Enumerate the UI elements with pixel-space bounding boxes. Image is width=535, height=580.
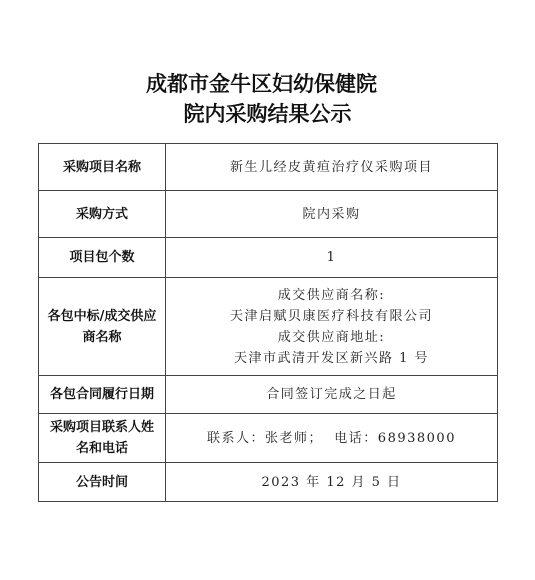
table-row-project-name: 采购项目名称 新生儿经皮黄疸治疗仪采购项目 bbox=[39, 144, 498, 191]
value-announce-date: 2023 年 12 月 5 日 bbox=[166, 463, 498, 502]
label-contact-line2: 名和电话 bbox=[43, 438, 161, 459]
label-contact-line1: 采购项目联系人姓 bbox=[43, 417, 161, 438]
page-title-notice: 院内采购结果公示 bbox=[0, 100, 535, 128]
supplier-address-label: 成交供应商地址: bbox=[170, 327, 493, 348]
table-row-package-count: 项目包个数 1 bbox=[39, 238, 498, 278]
supplier-address: 天津市武清开发区新兴路 1 号 bbox=[170, 348, 493, 369]
value-contract-date: 合同签订完成之日起 bbox=[166, 376, 498, 414]
label-supplier: 各包中标/成交供应 商名称 bbox=[39, 278, 166, 376]
label-supplier-line1: 各包中标/成交供应 bbox=[43, 306, 161, 327]
value-procurement-method: 院内采购 bbox=[166, 191, 498, 238]
value-contact: 联系人：张老师； 电话：68938000 bbox=[166, 414, 498, 463]
table-row-announce-date: 公告时间 2023 年 12 月 5 日 bbox=[39, 463, 498, 502]
value-project-name: 新生儿经皮黄疸治疗仪采购项目 bbox=[166, 144, 498, 191]
label-procurement-method: 采购方式 bbox=[39, 191, 166, 238]
label-contract-date: 各包合同履行日期 bbox=[39, 376, 166, 414]
table-row-procurement-method: 采购方式 院内采购 bbox=[39, 191, 498, 238]
label-package-count: 项目包个数 bbox=[39, 238, 166, 278]
value-supplier: 成交供应商名称: 天津启赋贝康医疗科技有限公司 成交供应商地址: 天津市武清开发… bbox=[166, 278, 498, 376]
supplier-name: 天津启赋贝康医疗科技有限公司 bbox=[170, 306, 493, 327]
label-project-name: 采购项目名称 bbox=[39, 144, 166, 191]
label-contact: 采购项目联系人姓 名和电话 bbox=[39, 414, 166, 463]
page-title-org: 成都市金牛区妇幼保健院 bbox=[0, 70, 529, 98]
value-package-count: 1 bbox=[166, 238, 498, 278]
table-row-contract-date: 各包合同履行日期 合同签订完成之日起 bbox=[39, 376, 498, 414]
procurement-result-table: 采购项目名称 新生儿经皮黄疸治疗仪采购项目 采购方式 院内采购 项目包个数 1 … bbox=[38, 143, 498, 502]
supplier-name-label: 成交供应商名称: bbox=[170, 285, 493, 306]
label-supplier-line2: 商名称 bbox=[43, 327, 161, 348]
table-row-contact: 采购项目联系人姓 名和电话 联系人：张老师； 电话：68938000 bbox=[39, 414, 498, 463]
label-announce-date: 公告时间 bbox=[39, 463, 166, 502]
table-row-supplier: 各包中标/成交供应 商名称 成交供应商名称: 天津启赋贝康医疗科技有限公司 成交… bbox=[39, 278, 498, 376]
